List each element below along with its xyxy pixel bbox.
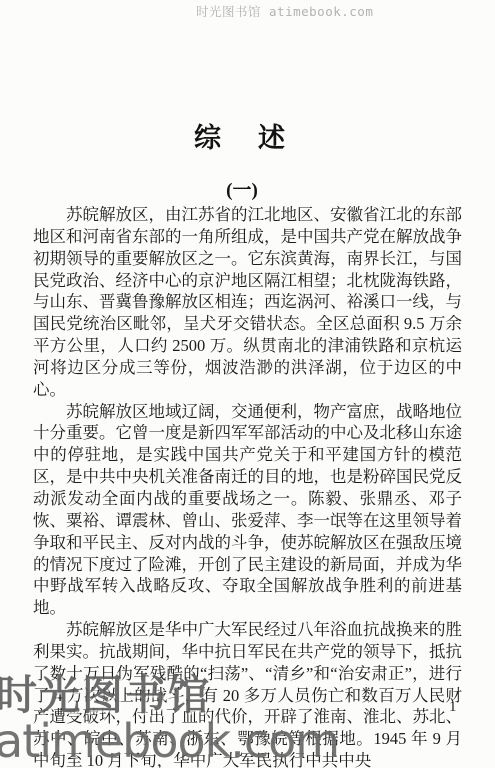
page-number: 1	[449, 699, 457, 716]
book-page: 时光图书馆 atimebook.com 综 述 (一) 苏皖解放区，由江苏省的江…	[0, 0, 495, 768]
watermark-bottom-chinese: 时光图书馆	[0, 662, 211, 721]
paragraph-1: 苏皖解放区，由江苏省的江北地区、安徽省江北的东部地区和河南省东部的一角所组成，是…	[33, 204, 462, 401]
watermark-top: 时光图书馆 atimebook.com	[196, 2, 373, 20]
page-title: 综 述	[0, 116, 484, 155]
paragraph-2: 苏皖解放区地域辽阔，交通便利，物产富庶，战略地位十分重要。它曾一度是新四军军部活…	[33, 401, 462, 619]
section-heading: (一)	[0, 175, 484, 202]
watermark-bottom-url: atimebook.com	[0, 714, 339, 768]
